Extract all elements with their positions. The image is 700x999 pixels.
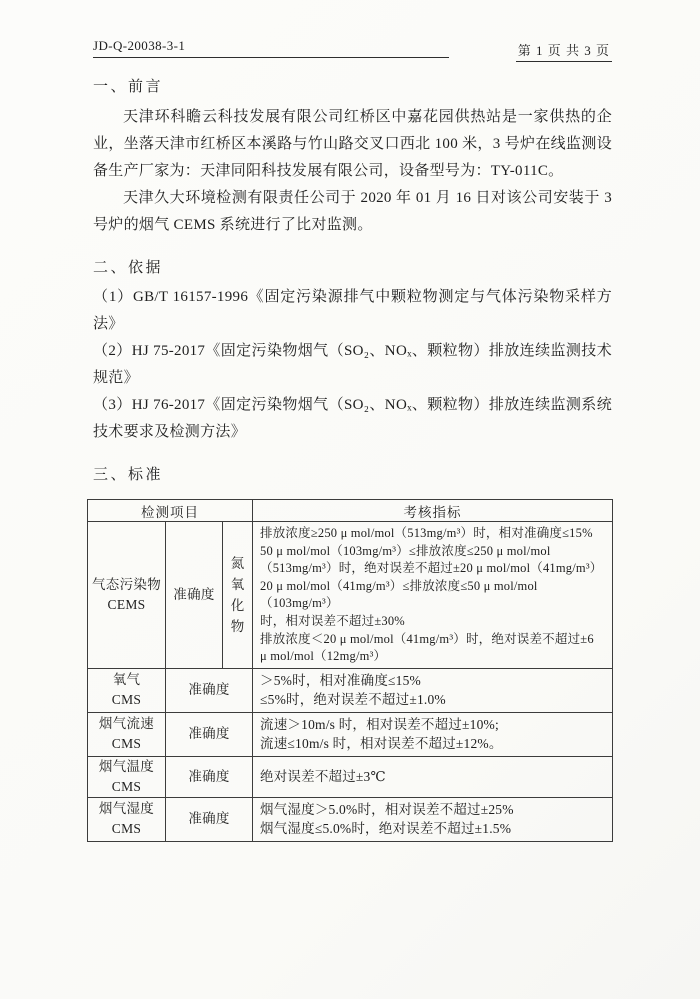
cell-item: 烟气湿度 CMS	[88, 797, 166, 841]
section-title-standard: 三、标准	[93, 463, 612, 487]
table-header-row: 检测项目 考核指标	[88, 500, 613, 522]
cell-item: 烟气流速 CMS	[88, 712, 166, 756]
doc-number: JD-Q-20038-3-1	[93, 38, 449, 58]
foreword-paragraph-2: 天津久大环境检测有限责任公司于 2020 年 01 月 16 日对该公司安装于 …	[93, 185, 612, 239]
cell-indicator: 流速＞10m/s 时，相对误差不超过±10%; 流速≤10m/s 时，相对误差不…	[253, 712, 613, 756]
page-number: 第 1 页 共 3 页	[516, 40, 612, 62]
cell-criterion: 准确度	[166, 756, 253, 797]
table-header-item: 检测项目	[88, 500, 253, 522]
section-title-foreword: 一、前言	[93, 75, 612, 99]
basis-list: （1）GB/T 16157-1996《固定污染源排气中颗粒物测定与气体污染物采样…	[93, 284, 612, 446]
page-header: JD-Q-20038-3-1 第 1 页 共 3 页	[93, 38, 612, 58]
cell-criterion: 准确度	[166, 668, 253, 712]
table-row-flue-humidity-cms: 烟气湿度 CMS 准确度 烟气湿度＞5.0%时，相对误差不超过±25% 烟气湿度…	[88, 797, 613, 841]
basis-item-1: （1）GB/T 16157-1996《固定污染源排气中颗粒物测定与气体污染物采样…	[93, 284, 612, 338]
basis-item-2: （2）HJ 75-2017《固定污染物烟气（SO₂、NOₓ、颗粒物）排放连续监测…	[93, 338, 612, 392]
cell-criterion: 准确度	[166, 522, 223, 669]
table-header-indicator: 考核指标	[253, 500, 613, 522]
basis-item-3: （3）HJ 76-2017《固定污染物烟气（SO₂、NOₓ、颗粒物）排放连续监测…	[93, 392, 612, 446]
standards-table: 检测项目 考核指标 气态污染物 CEMS 准确度 氮氧化物 排放浓度≥250 μ…	[87, 499, 613, 842]
cell-item: 气态污染物 CEMS	[88, 522, 166, 669]
cell-indicator: 绝对误差不超过±3℃	[253, 756, 613, 797]
cell-pollutant-nox: 氮氧化物	[223, 522, 253, 669]
cell-indicator: 排放浓度≥250 μ mol/mol（513mg/m³）时，相对准确度≤15% …	[253, 522, 613, 669]
table-row-oxygen-cms: 氧气 CMS 准确度 ＞5%时，相对准确度≤15% ≤5%时，绝对误差不超过±1…	[88, 668, 613, 712]
document-page: JD-Q-20038-3-1 第 1 页 共 3 页 一、前言 天津环科瞻云科技…	[0, 0, 700, 999]
foreword-paragraph-1: 天津环科瞻云科技发展有限公司红桥区中嘉花园供热站是一家供热的企业，坐落天津市红桥…	[93, 104, 612, 185]
cell-item: 烟气温度 CMS	[88, 756, 166, 797]
table-row-gaseous-cems: 气态污染物 CEMS 准确度 氮氧化物 排放浓度≥250 μ mol/mol（5…	[88, 522, 613, 669]
cell-criterion: 准确度	[166, 797, 253, 841]
cell-indicator: ＞5%时，相对准确度≤15% ≤5%时，绝对误差不超过±1.0%	[253, 668, 613, 712]
cell-criterion: 准确度	[166, 712, 253, 756]
section-title-basis: 二、依据	[93, 256, 612, 280]
cell-indicator: 烟气湿度＞5.0%时，相对误差不超过±25% 烟气湿度≤5.0%时，绝对误差不超…	[253, 797, 613, 841]
table-row-flue-velocity-cms: 烟气流速 CMS 准确度 流速＞10m/s 时，相对误差不超过±10%; 流速≤…	[88, 712, 613, 756]
table-row-flue-temperature-cms: 烟气温度 CMS 准确度 绝对误差不超过±3℃	[88, 756, 613, 797]
cell-item: 氧气 CMS	[88, 668, 166, 712]
